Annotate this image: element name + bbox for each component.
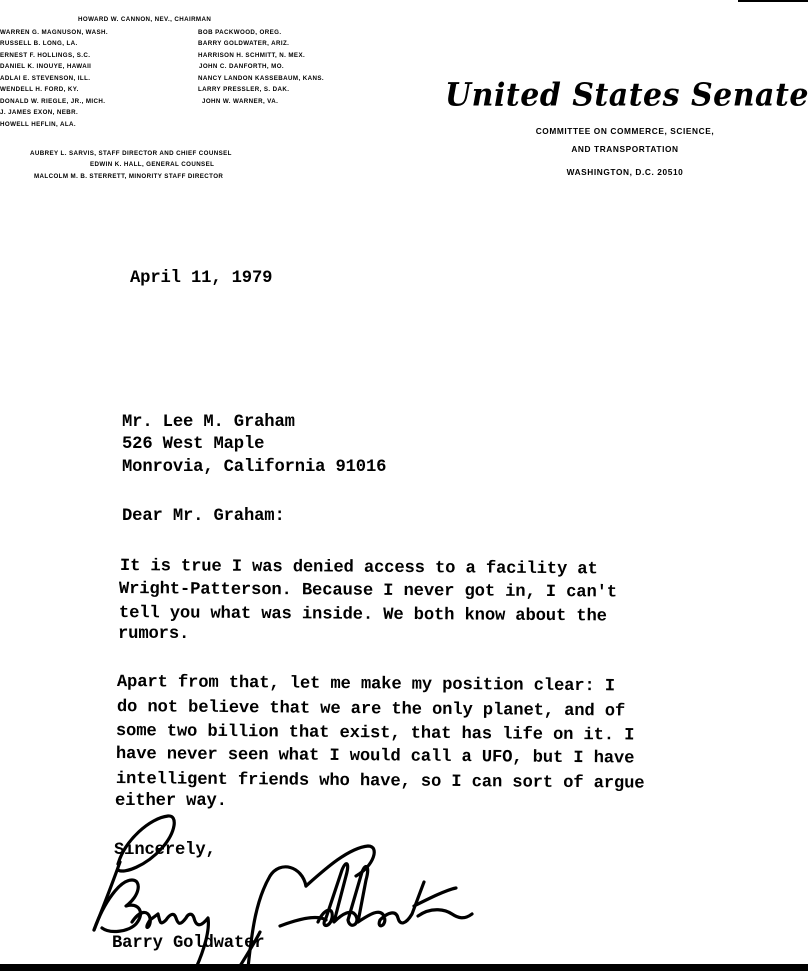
letterhead-staff: Malcolm M. B. Sterrett, Minority Staff D… xyxy=(34,174,223,180)
letterhead-member: Harrison H. Schmitt, N. Mex. xyxy=(198,53,305,59)
letterhead-member: Howell Heflin, Ala. xyxy=(0,122,76,128)
letterhead-member: Wendell H. Ford, Ky. xyxy=(0,87,79,93)
letterhead-member: Nancy Landon Kassebaum, Kans. xyxy=(198,76,324,82)
body-line: some two billion that exist, that has li… xyxy=(116,723,635,745)
recipient-name: Mr. Lee M. Graham xyxy=(122,414,295,431)
recipient-street: 526 West Maple xyxy=(122,436,264,453)
committee-address: Washington, D.C. 20510 xyxy=(455,167,795,177)
letterhead-member: Donald W. Riegle, Jr., Mich. xyxy=(0,99,105,105)
letterhead-member: Adlai E. Stevenson, Ill. xyxy=(0,76,90,82)
body-line: It is true I was denied access to a faci… xyxy=(120,558,598,579)
page-bottom-border xyxy=(0,964,808,971)
signature-name: Barry Goldwater xyxy=(112,935,264,952)
letterhead-member: Warren G. Magnuson, Wash. xyxy=(0,30,108,36)
body-line: Wright-Patterson. Because I never got in… xyxy=(119,581,617,602)
body-line: tell you what was inside. We both know a… xyxy=(119,605,607,626)
institution-title: United States Senate xyxy=(445,77,808,114)
letterhead-staff: Aubrey L. Sarvis, Staff Director and Chi… xyxy=(30,151,232,157)
letterhead-member: John C. Danforth, Mo. xyxy=(199,64,284,70)
recipient-city: Monrovia, California 91016 xyxy=(122,459,386,476)
letterhead-member: Larry Pressler, S. Dak. xyxy=(198,87,289,93)
letterhead-staff: Edwin K. Hall, General Counsel xyxy=(90,162,214,168)
letterhead-member: Bob Packwood, Oreg. xyxy=(198,30,281,36)
letterhead-member: J. James Exon, Nebr. xyxy=(0,110,78,116)
committee-name-line1: Committee on Commerce, Science, xyxy=(455,126,795,136)
page-edge-mark xyxy=(738,0,808,2)
letterhead-chairman: Howard W. Cannon, Nev., Chairman xyxy=(78,17,211,23)
letterhead-member: Daniel K. Inouye, Hawaii xyxy=(0,64,91,70)
body-line: have never seen what I would call a UFO,… xyxy=(116,746,635,768)
body-line: intelligent friends who have, so I can s… xyxy=(116,771,645,793)
letterhead-member: Ernest F. Hollings, S.C. xyxy=(0,53,90,59)
body-line: either way. xyxy=(115,793,227,810)
body-line: rumors. xyxy=(118,626,189,643)
body-line: Apart from that, let me make my position… xyxy=(117,674,615,696)
letterhead-member: Barry Goldwater, Ariz. xyxy=(198,41,289,47)
salutation: Dear Mr. Graham: xyxy=(122,508,285,525)
body-line: do not believe that we are the only plan… xyxy=(117,699,625,721)
letterhead-member: Russell B. Long, La. xyxy=(0,41,78,47)
letter-date: April 11, 1979 xyxy=(130,270,272,287)
letterhead-member: John W. Warner, Va. xyxy=(202,99,278,105)
committee-name-line2: and Transportation xyxy=(455,144,795,154)
